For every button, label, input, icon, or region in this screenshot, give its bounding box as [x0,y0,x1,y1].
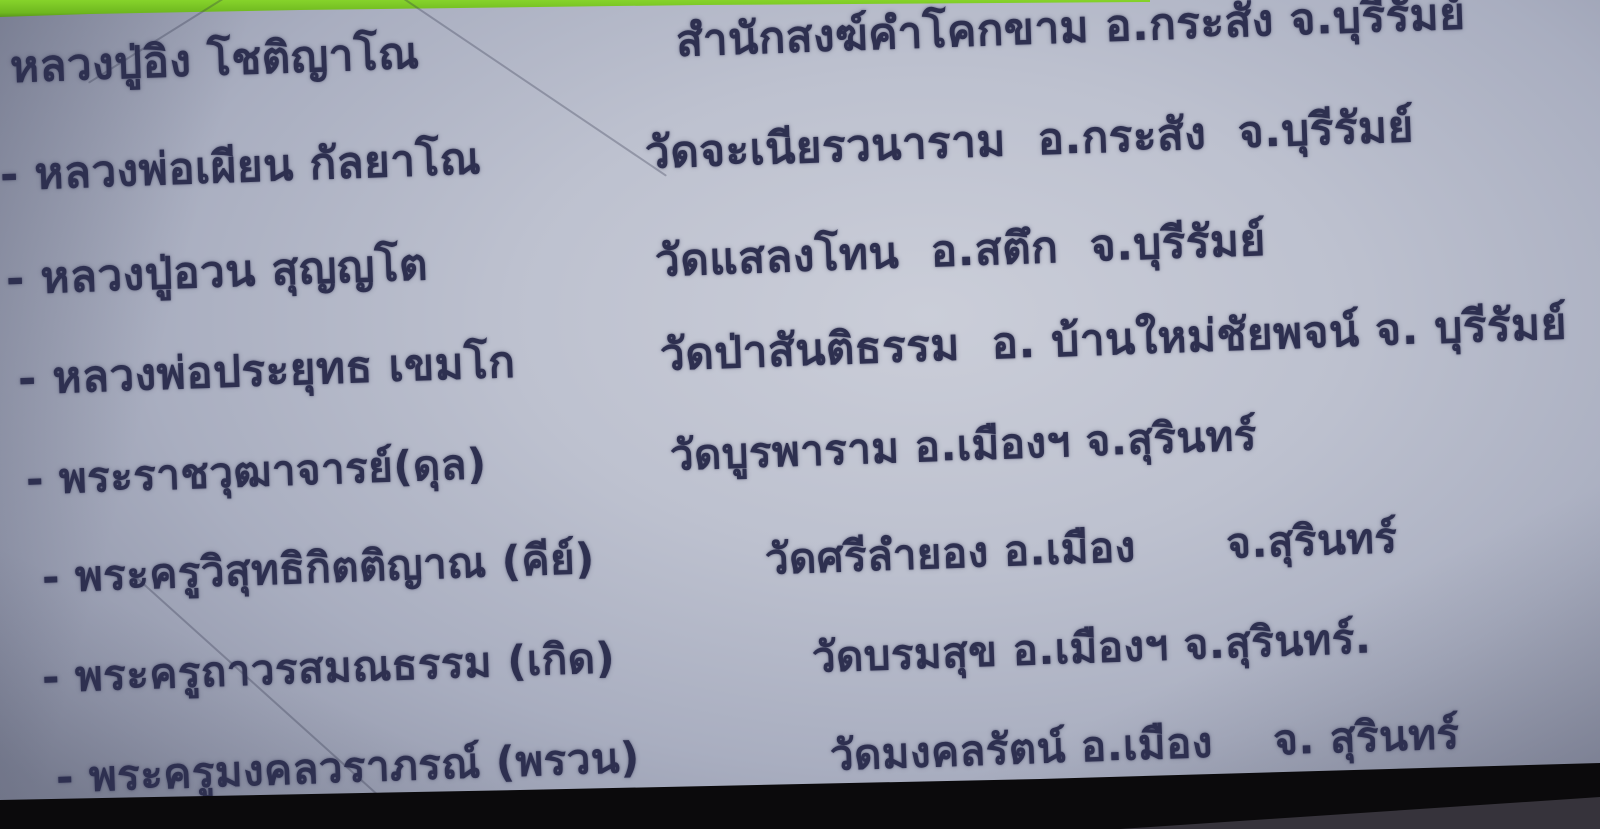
photo-of-monk-temple-list: { "colors": { "ink": "#2e3050", "strip_g… [0,0,1600,829]
